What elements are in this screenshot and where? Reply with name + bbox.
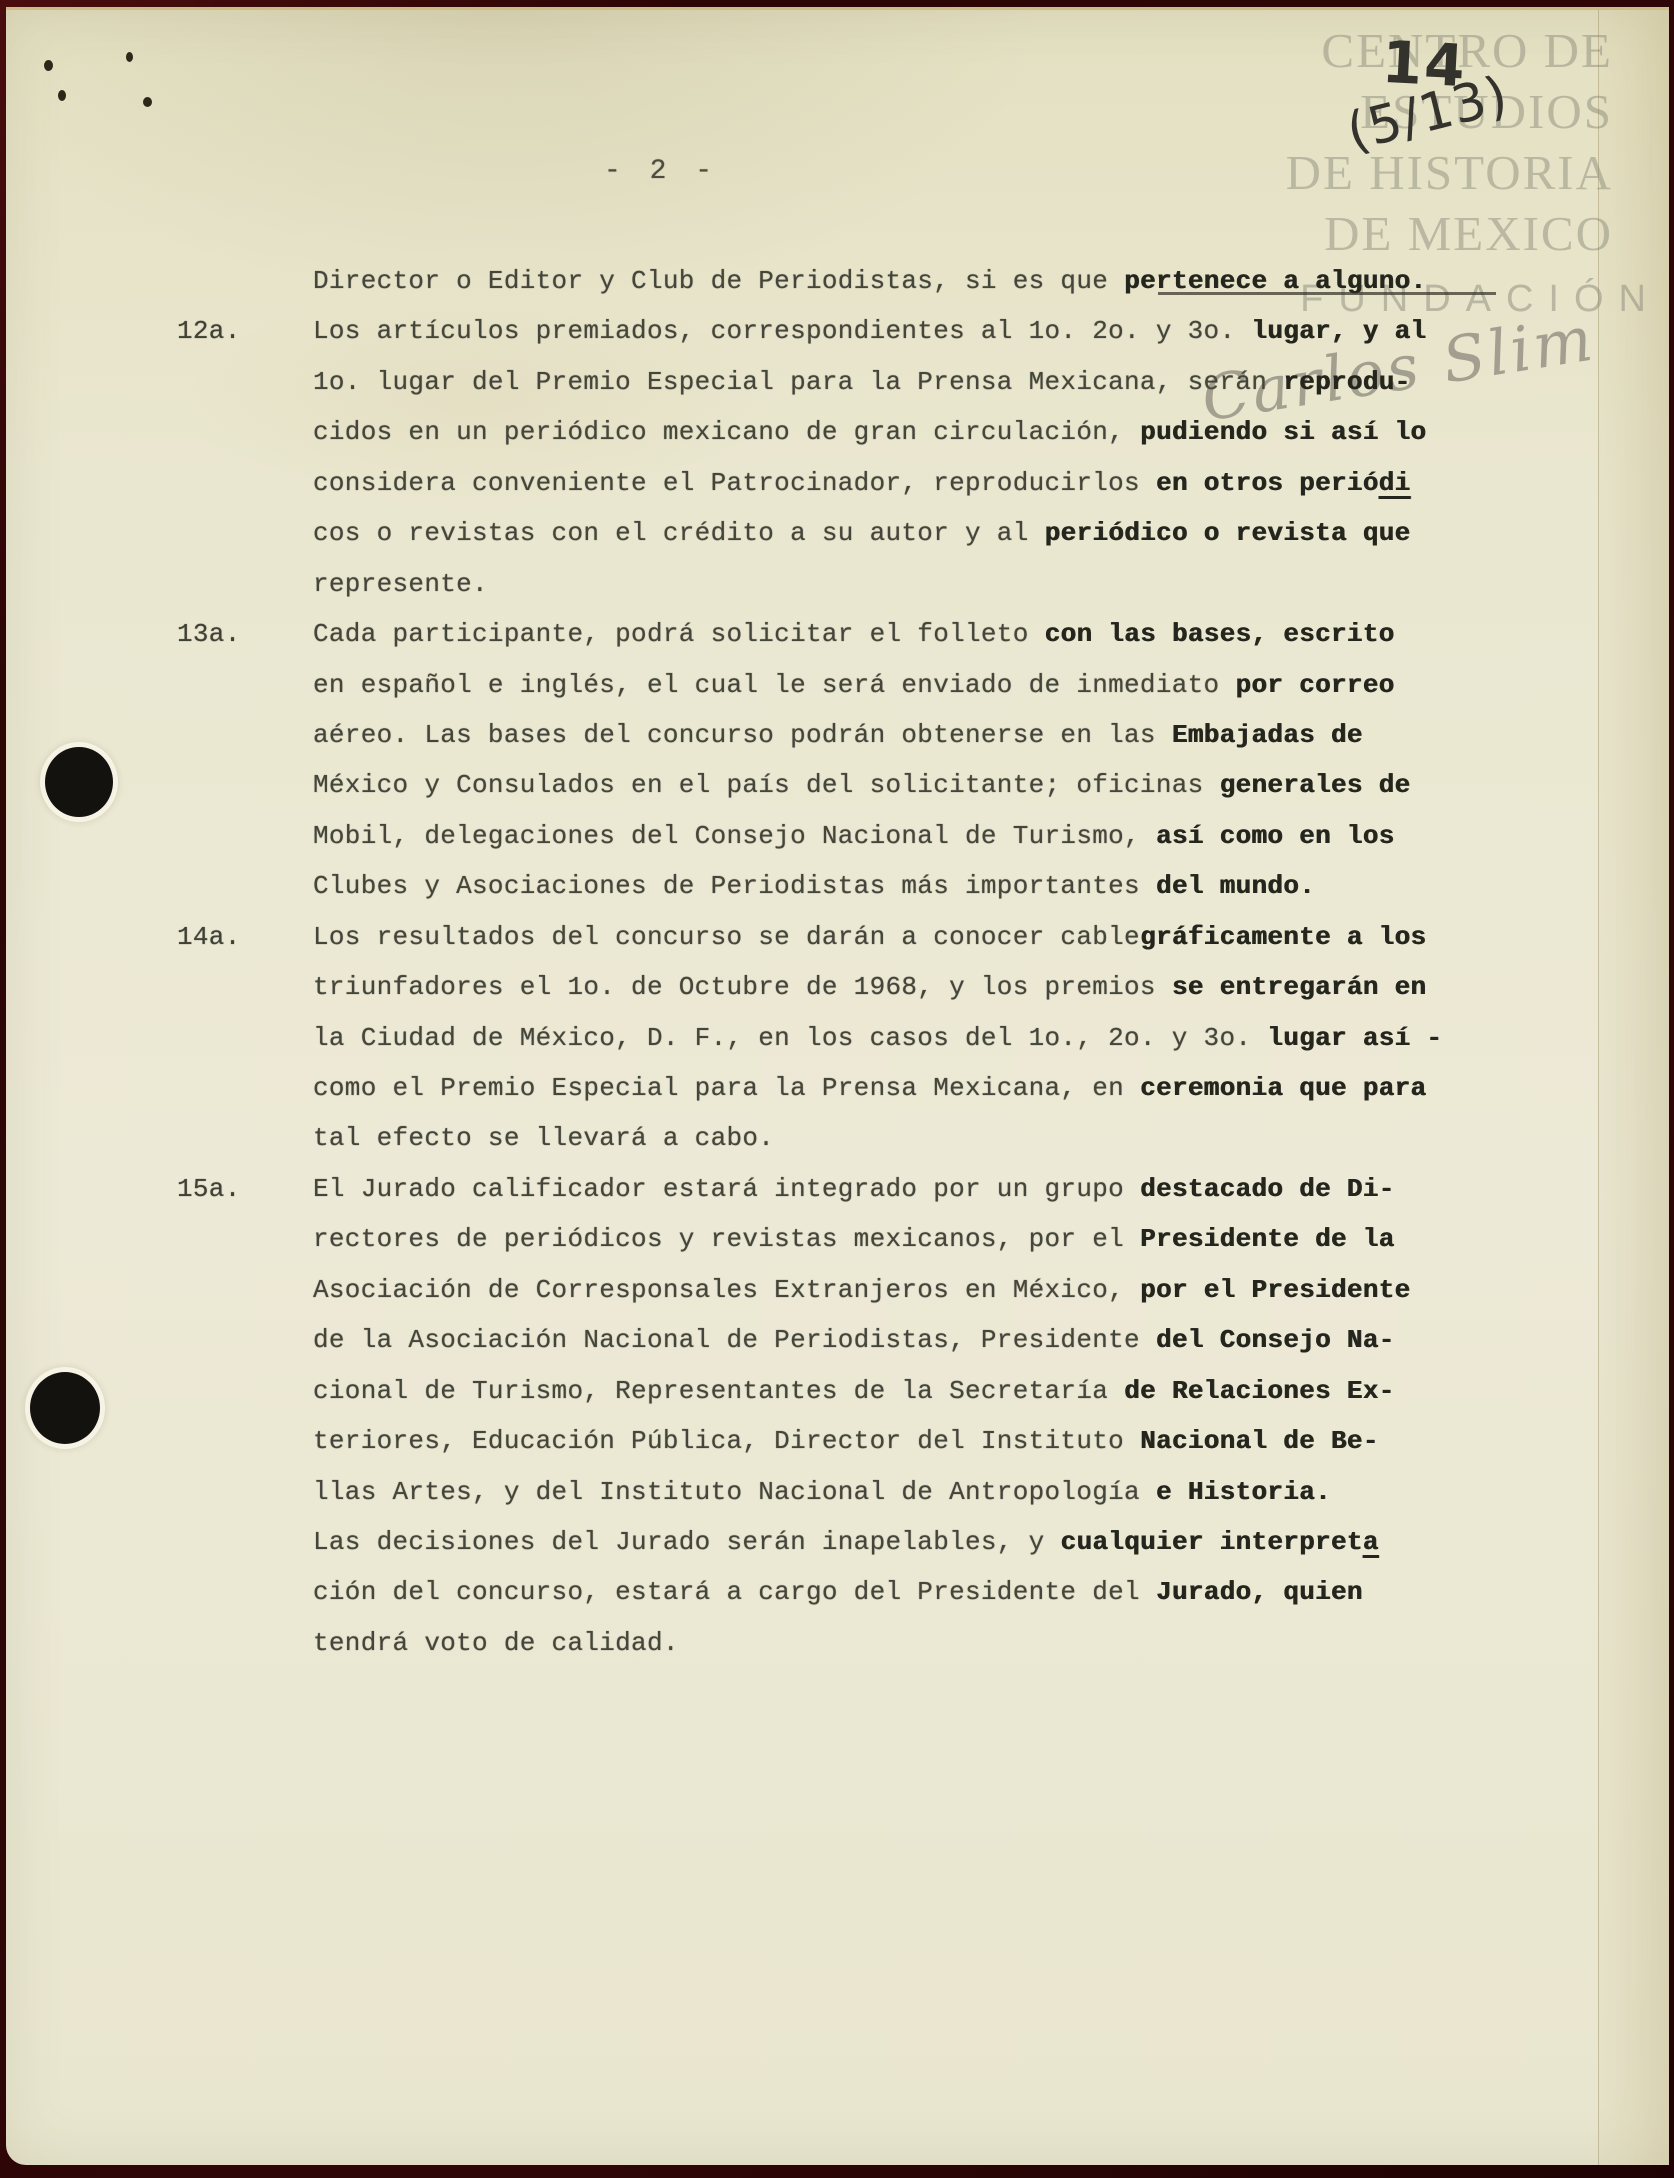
typed-line: Clubes y Asociaciones de Periodistas más… [313,861,1442,911]
typed-line: como el Premio Especial para la Prensa M… [313,1063,1442,1113]
typed-line: Las decisiones del Jurado serán inapelab… [313,1517,1442,1567]
typed-text-segment: Cada participante, podrá solicitar el fo… [313,619,1045,649]
typed-text-segment: tendrá voto de calidad. [313,1628,679,1658]
typed-text-segment: destacado de Di- [1140,1174,1394,1204]
typed-text-segment: se entregarán en [1172,972,1426,1002]
typed-text-segment: generales de [1219,770,1410,800]
clause-number: 12a. [177,306,241,356]
typed-text-segment: Jurado, quien [1156,1577,1363,1607]
typed-line: ción del concurso, estará a cargo del Pr… [313,1567,1442,1617]
archive-watermark: CENTRO DE ESTUDIOS DE HISTORIA DE MEXICO [913,20,1613,264]
typed-text-segment: reprodu- [1283,367,1410,397]
typed-line: 12a.Los artículos premiados, correspondi… [313,306,1442,356]
typed-line: cos o revistas con el crédito a su autor… [313,508,1442,558]
typed-text-segment: triunfadores el 1o. de Octubre de 1968, … [313,972,1172,1002]
typed-text-segment: tal efecto se llevará a cabo. [313,1123,774,1153]
document-page: CENTRO DE ESTUDIOS DE HISTORIA DE MEXICO… [6,7,1669,2165]
typed-text-segment: a [1363,1527,1379,1557]
typed-text-segment: represente. [313,569,488,599]
typed-line: cidos en un periódico mexicano de gran c… [313,407,1442,457]
typed-text-segment: lugar así - [1267,1023,1442,1053]
typed-line: triunfadores el 1o. de Octubre de 1968, … [313,962,1442,1012]
typed-text-segment: gráficamente a los [1140,922,1426,952]
typed-text-segment: la Ciudad de México, D. F., en los casos… [313,1023,1267,1053]
typed-text-segment: Presidente de la [1140,1224,1394,1254]
typed-text-segment: Clubes y Asociaciones de Periodistas más… [313,871,1156,901]
typed-line: tendrá voto de calidad. [313,1618,1442,1668]
typed-line: 1o. lugar del Premio Especial para la Pr… [313,357,1442,407]
pin-hole [58,90,66,101]
typed-text-segment: Embajadas de [1172,720,1363,750]
typed-text-segment: considera conveniente el Patrocinador, r… [313,468,1156,498]
trailing-underscore-rule [1158,272,1496,295]
typed-text-segment: lugar, y al [1251,316,1426,346]
typed-text-segment: como el Premio Especial para la Prensa M… [313,1073,1140,1103]
typed-line: de la Asociación Nacional de Periodistas… [313,1315,1442,1365]
typed-line: 15a.El Jurado calificador estará integra… [313,1164,1442,1214]
typed-text-segment: 1o. lugar del Premio Especial para la Pr… [313,367,1283,397]
typed-line: la Ciudad de México, D. F., en los casos… [313,1013,1442,1063]
typed-line: Director o Editor y Club de Periodistas,… [313,256,1442,306]
typed-text-segment: cos o revistas con el crédito a su autor… [313,518,1045,548]
typed-text-segment: Los artículos premiados, correspondiente… [313,316,1251,346]
typed-text-segment: pudiendo si así lo [1140,417,1426,447]
typed-line: Mobil, delegaciones del Consejo Nacional… [313,811,1442,861]
typed-text-segment: por correo [1235,670,1394,700]
typed-line: aéreo. Las bases del concurso podrán obt… [313,710,1442,760]
typed-line: 14a.Los resultados del concurso se darán… [313,912,1442,962]
typed-text-segment: periódico o revista que [1045,518,1411,548]
punch-hole [30,1372,100,1444]
pin-hole [44,60,53,71]
typed-text-segment: México y Consulados en el país del solic… [313,770,1219,800]
typed-text-segment: Director o Editor y Club de Periodistas,… [313,266,1124,296]
typed-text-segment: El Jurado calificador estará integrado p… [313,1174,1140,1204]
typed-line: México y Consulados en el país del solic… [313,760,1442,810]
typed-text-segment: en español e inglés, el cual le será env… [313,670,1235,700]
typed-text-segment: en otros perió [1156,468,1379,498]
typed-text-segment: del Consejo Na- [1156,1325,1395,1355]
typed-text-segment: del mundo. [1156,871,1315,901]
clause-number: 13a. [177,609,241,659]
typed-text-segment: con las bases, escrito [1045,619,1395,649]
watermark-line: DE HISTORIA [913,142,1613,203]
typed-line: considera conveniente el Patrocinador, r… [313,458,1442,508]
punch-hole [45,747,113,817]
watermark-line: CENTRO DE [913,20,1613,81]
typed-text-segment: rectores de periódicos y revistas mexica… [313,1224,1140,1254]
typed-text-block: Director o Editor y Club de Periodistas,… [313,256,1442,1668]
page-edge-strip [1598,10,1669,2165]
clause-number: 15a. [177,1164,241,1214]
typed-text-segment: cidos en un periódico mexicano de gran c… [313,417,1140,447]
typed-text-segment: Las decisiones del Jurado serán inapelab… [313,1527,1060,1557]
typed-text-segment: por el Presidente [1140,1275,1410,1305]
pin-hole [143,97,152,107]
typed-line: tal efecto se llevará a cabo. [313,1113,1442,1163]
typed-line: rectores de periódicos y revistas mexica… [313,1214,1442,1264]
typed-text-segment: Nacional de Be- [1140,1426,1379,1456]
typed-text-segment: teriores, Educación Pública, Director de… [313,1426,1140,1456]
typed-text-segment: Los resultados del concurso se darán a c… [313,922,1140,952]
typed-text-segment: di [1378,468,1410,498]
clause-number: 14a. [177,912,241,962]
typed-text-segment: e Historia. [1156,1477,1331,1507]
page-number: - 2 - [604,156,718,187]
watermark-line: DE MEXICO [913,203,1613,264]
typed-text-segment: cional de Turismo, Representantes de la … [313,1376,1124,1406]
typed-text-segment: Asociación de Corresponsales Extranjeros… [313,1275,1140,1305]
typed-text-segment: de Relaciones Ex- [1124,1376,1394,1406]
typed-line: represente. [313,559,1442,609]
typed-text-segment: ceremonia que para [1140,1073,1426,1103]
typed-line: en español e inglés, el cual le será env… [313,660,1442,710]
typed-text-segment: Mobil, delegaciones del Consejo Nacional… [313,821,1156,851]
pin-hole [126,52,133,62]
typed-text-segment: así como en los [1156,821,1395,851]
typed-text-segment: llas Artes, y del Instituto Nacional de … [313,1477,1156,1507]
typed-line: teriores, Educación Pública, Director de… [313,1416,1442,1466]
typed-text-segment: aéreo. Las bases del concurso podrán obt… [313,720,1172,750]
typed-line: 13a.Cada participante, podrá solicitar e… [313,609,1442,659]
typed-line: cional de Turismo, Representantes de la … [313,1366,1442,1416]
typed-text-segment: de la Asociación Nacional de Periodistas… [313,1325,1156,1355]
typed-text-segment: cualquier interpret [1060,1527,1362,1557]
typed-line: Asociación de Corresponsales Extranjeros… [313,1265,1442,1315]
typed-text-segment: ción del concurso, estará a cargo del Pr… [313,1577,1156,1607]
typed-line: llas Artes, y del Instituto Nacional de … [313,1467,1442,1517]
